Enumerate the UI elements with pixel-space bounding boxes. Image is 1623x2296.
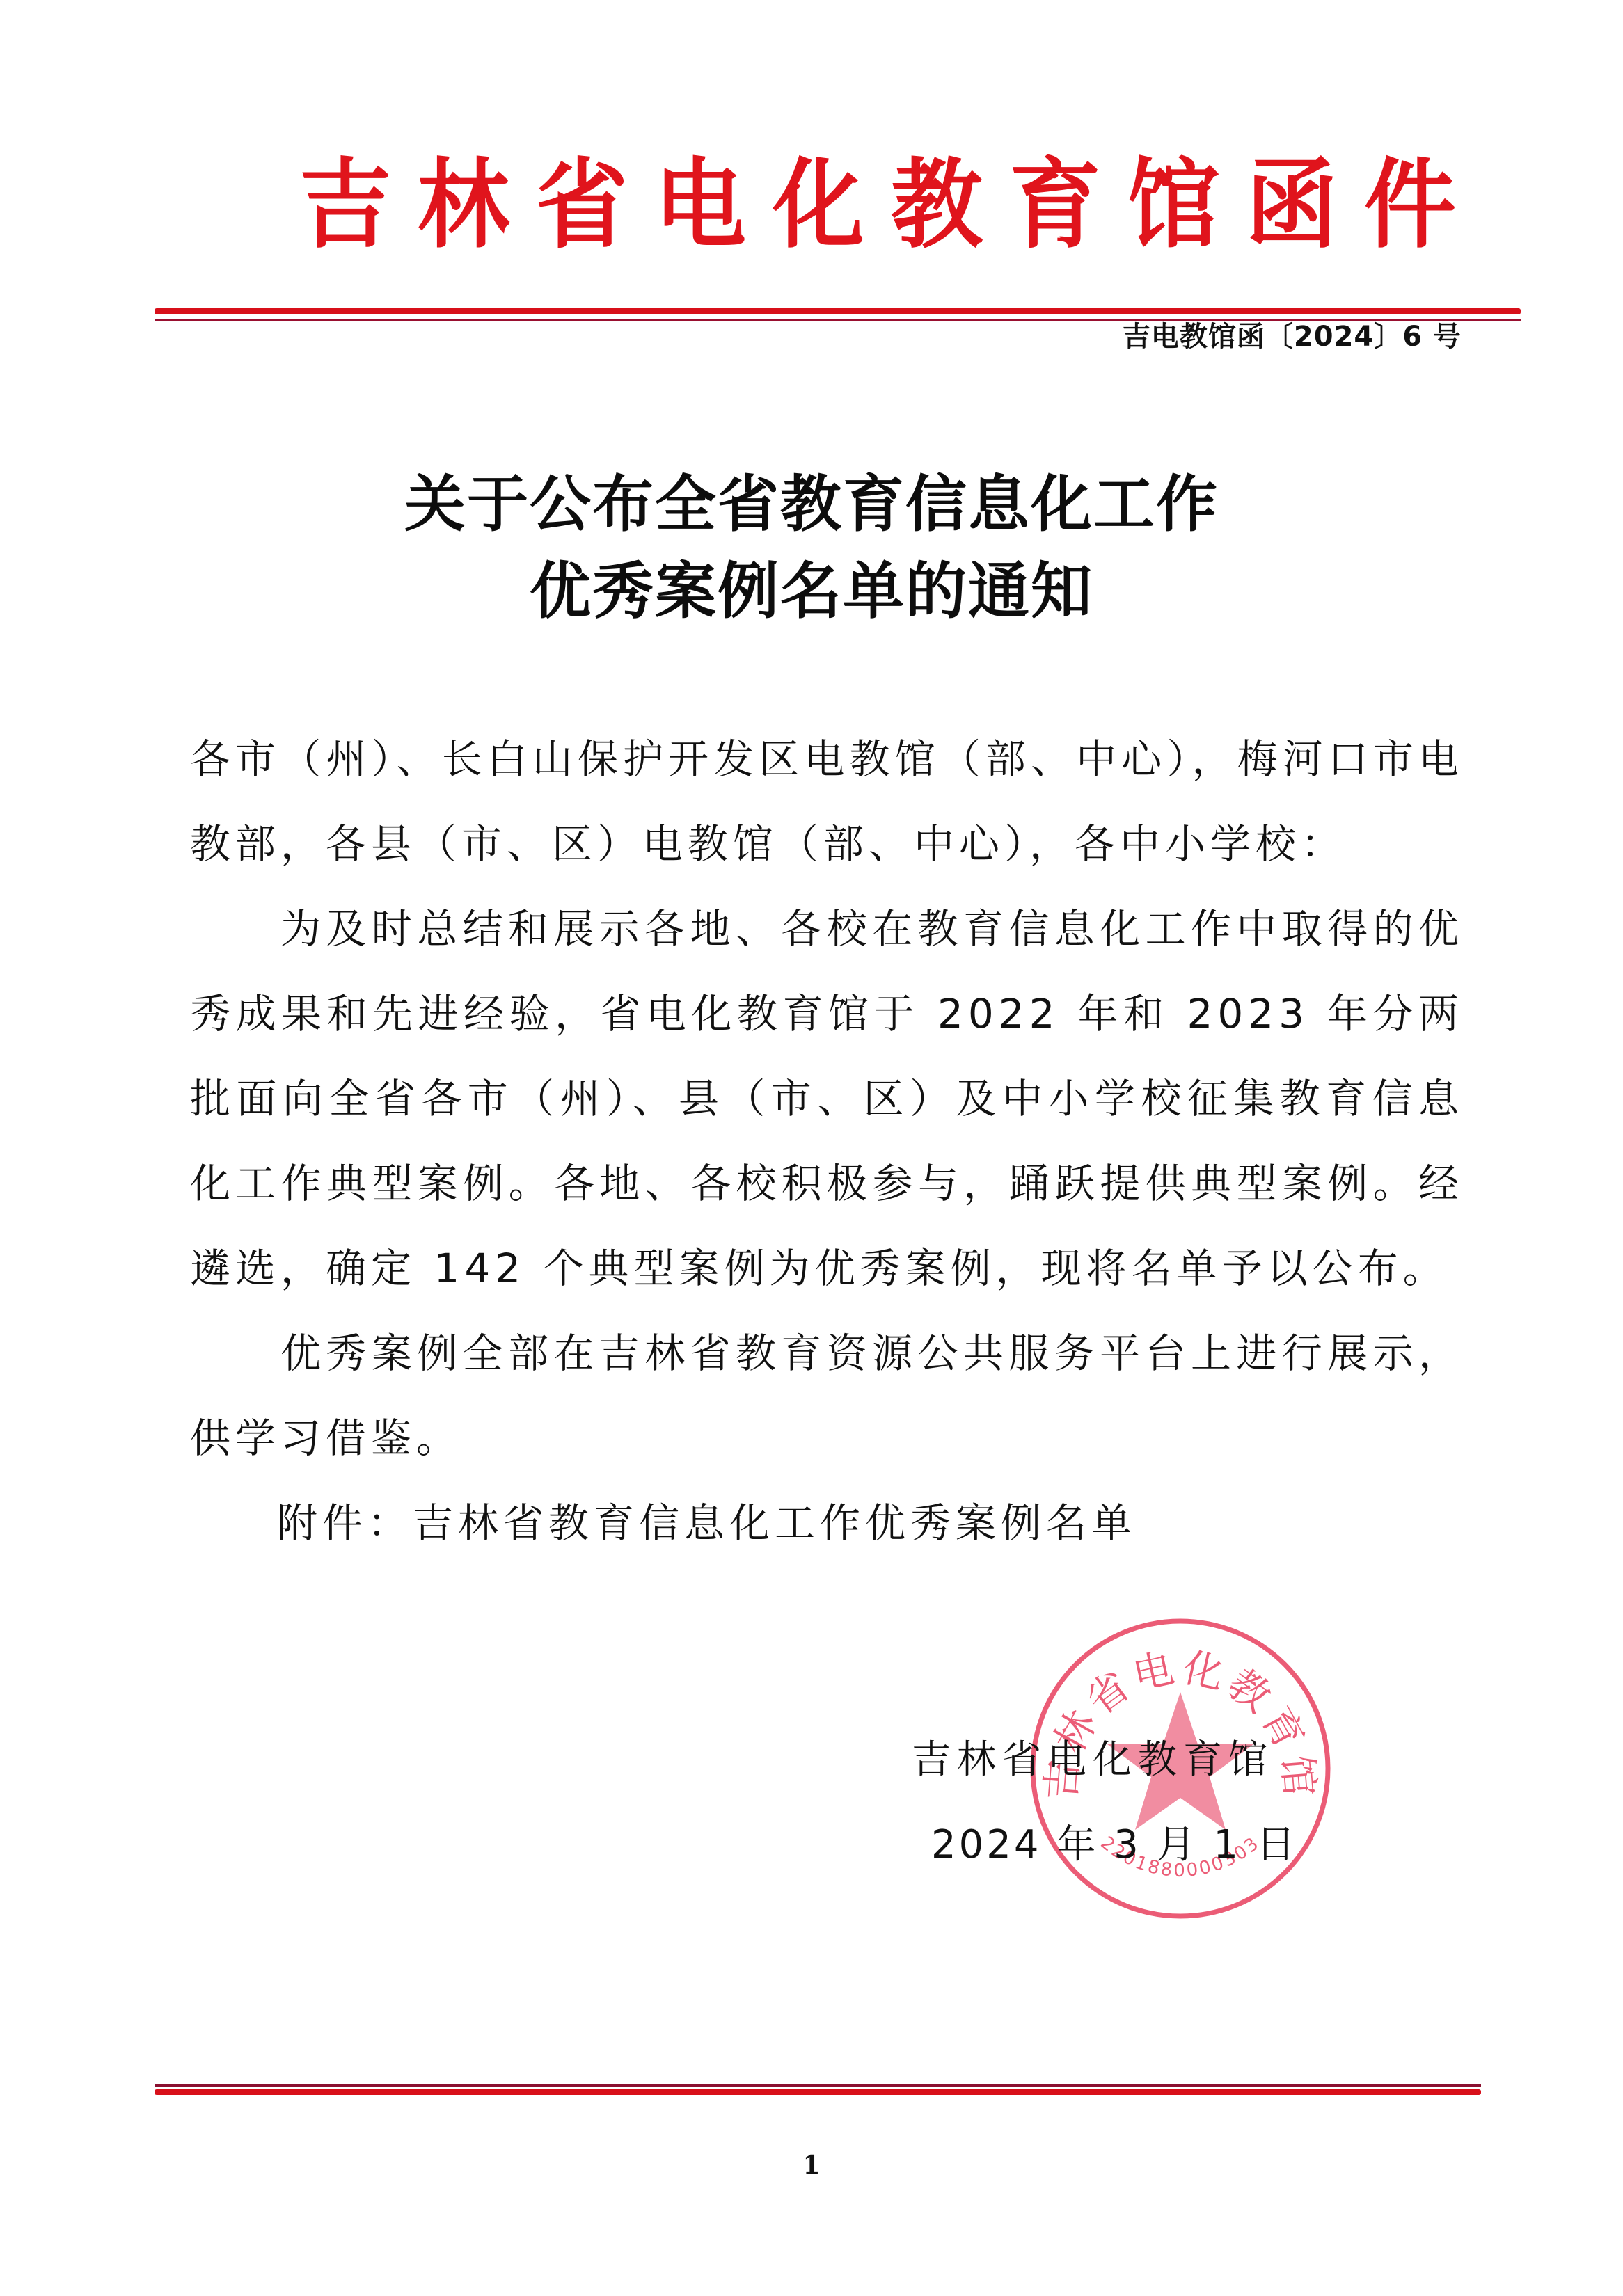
masthead-title: 吉林省电化教育馆函件 [299,146,1385,264]
notice-title-line-2: 优秀案例名单的通知 [0,550,1623,633]
notice-title-line-1: 关于公布全省教育信息化工作 [0,463,1623,546]
signature-date: 2024 年 3 月 1 日 [931,1817,1298,1873]
body-paragraph-2: 优秀案例全部在吉林省教育资源公共服务平台上进行展示，供学习借鉴。 [190,1311,1464,1481]
header-rule-thick [155,308,1521,314]
footer-rule-thick [155,2089,1481,2095]
document-number: 吉电教馆函〔2024〕6 号 [1123,319,1462,355]
salutation: 各市（州）、长白山保护开发区电教馆（部、中心），梅河口市电教部，各县（市、区）电… [190,717,1464,886]
signature-organization: 吉林省电化教育馆 [912,1732,1274,1788]
body-paragraph-1: 为及时总结和展示各地、各校在教育信息化工作中取得的优秀成果和先进经验，省电化教育… [190,886,1464,1311]
page-number: 1 [0,2150,1623,2181]
footer-rule-thin [155,2084,1481,2087]
attachment-line: 附件：吉林省教育信息化工作优秀案例名单 [277,1481,1460,1565]
